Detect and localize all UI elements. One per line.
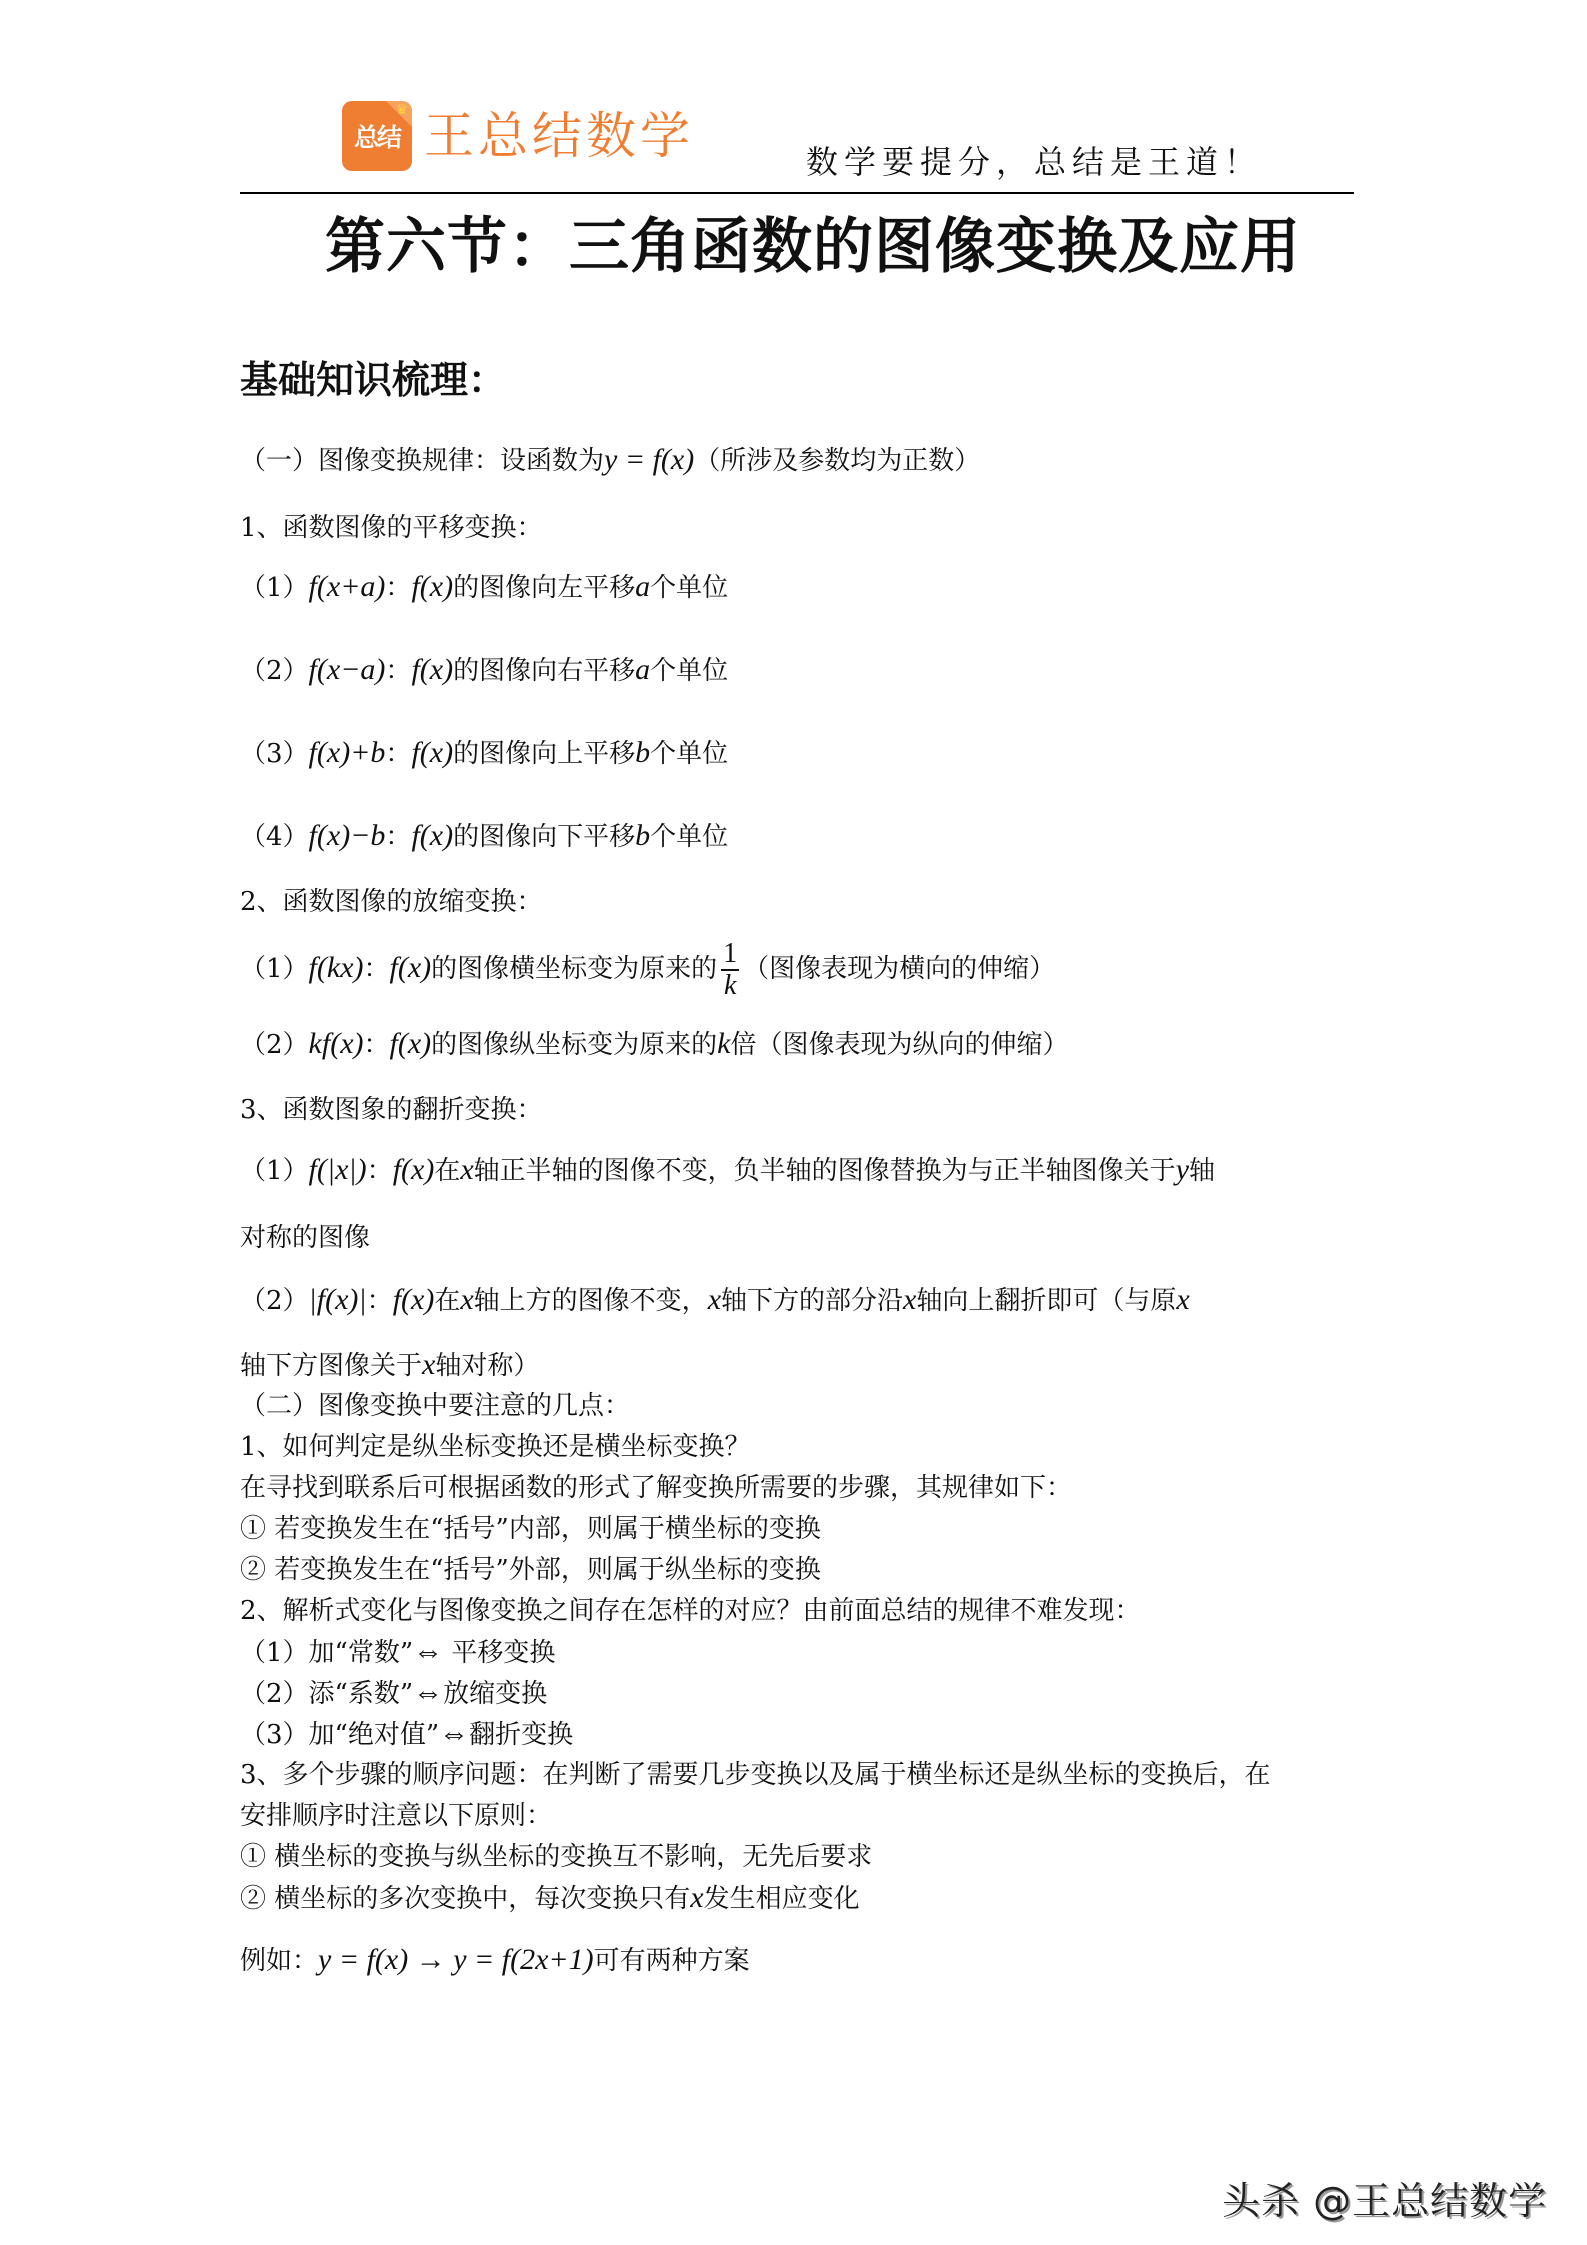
example-line: 例如：y = f(x) → y = f(2x+1)可有两种方案 (240, 1940, 750, 1981)
scaling-item-1: （1）f(kx)：f(x)的图像横坐标变为原来的1k（图像表现为横向的伸缩） (240, 938, 1055, 1001)
part2-q2-item-1: （1）加“常数”⇔ 平移变换 (240, 1632, 555, 1673)
part2-q2: 2、解析式变化与图像变换之间存在怎样的对应？由前面总结的规律不难发现： (240, 1591, 1141, 1631)
part2-q1-rule-1: ① 若变换发生在“括号”内部，则属于横坐标的变换 (240, 1509, 821, 1549)
iff-arrow-icon: ⇔ (413, 1635, 443, 1668)
fraction-1-over-k: 1k (721, 939, 739, 1001)
flip-item-2-cont: 轴下方图像关于x轴对称） (240, 1345, 539, 1386)
flip-item-1: （1）f(|x|)：f(x)在x轴正半轴的图像不变，负半轴的图像替换为与正半轴图… (240, 1150, 1215, 1191)
part2-q3-rule-2: ② 横坐标的多次变换中，每次变换只有x发生相应变化 (240, 1878, 860, 1919)
part2-q2-item-3: （3）加“绝对值”⇔翻折变换 (240, 1714, 573, 1755)
watermark: 头杀 @王总结数学 (1222, 2170, 1547, 2225)
part2-q1-text: 在寻找到联系后可根据函数的形式了解变换所需要的步骤，其规律如下： (240, 1468, 1072, 1508)
part2-heading: （二）图像变换中要注意的几点： (240, 1386, 630, 1426)
logo-text: 王总结数学 (424, 104, 694, 168)
translation-heading: 1、函数图像的平移变换： (240, 508, 543, 548)
part2-q3-rule-1: ① 横坐标的变换与纵坐标的变换互不影响，无先后要求 (240, 1837, 872, 1877)
part2-q3-line2: 安排顺序时注意以下原则： (240, 1796, 552, 1836)
page-title: 第六节：三角函数的图像变换及应用 (325, 205, 1275, 289)
header-divider (240, 192, 1354, 194)
part2-q1: 1、如何判定是纵坐标变换还是横坐标变换？ (240, 1427, 751, 1467)
section-heading: 基础知识梳理： (240, 352, 506, 408)
part2-q1-rule-2: ② 若变换发生在“括号”外部，则属于纵坐标的变换 (240, 1550, 821, 1590)
part2-q2-item-2: （2）添“系数”⇔放缩变换 (240, 1673, 547, 1714)
translation-item-2: （2）f(x−a)：f(x)的图像向右平移a个单位 (240, 650, 728, 691)
translation-item-3: （3）f(x)+b：f(x)的图像向上平移b个单位 (240, 733, 728, 774)
iff-arrow-icon: ⇔ (439, 1717, 469, 1750)
translation-item-4: （4）f(x)−b：f(x)的图像向下平移b个单位 (240, 816, 728, 857)
flip-item-2: （2）|f(x)|：f(x)在x轴上方的图像不变，x轴下方的部分沿x轴向上翻折即… (240, 1280, 1190, 1321)
part1-intro: （一）图像变换规律：设函数为y = f(x)（所涉及参数均为正数） (240, 440, 980, 481)
logo-badge: ♛ 总结 (342, 101, 412, 171)
part2-q3-line1: 3、多个步骤的顺序问题：在判断了需要几步变换以及属于横坐标还是纵坐标的变换后，在 (240, 1755, 1271, 1795)
flip-item-1-cont: 对称的图像 (240, 1218, 370, 1258)
intro-formula: y = f(x) (604, 443, 694, 476)
iff-arrow-icon: ⇔ (413, 1676, 443, 1709)
scaling-item-2: （2）kf(x)：f(x)的图像纵坐标变为原来的k倍（图像表现为纵向的伸缩） (240, 1024, 1069, 1065)
scaling-heading: 2、函数图像的放缩变换： (240, 882, 543, 922)
translation-item-1: （1）f(x+a)：f(x)的图像向左平移a个单位 (240, 567, 728, 608)
flip-heading: 3、函数图象的翻折变换： (240, 1090, 543, 1130)
crown-icon: ♛ (395, 102, 408, 118)
slogan: 数学要提分，总结是王道！ (806, 140, 1262, 184)
example-formula: y = f(x) → y = f(2x+1) (318, 1943, 594, 1976)
